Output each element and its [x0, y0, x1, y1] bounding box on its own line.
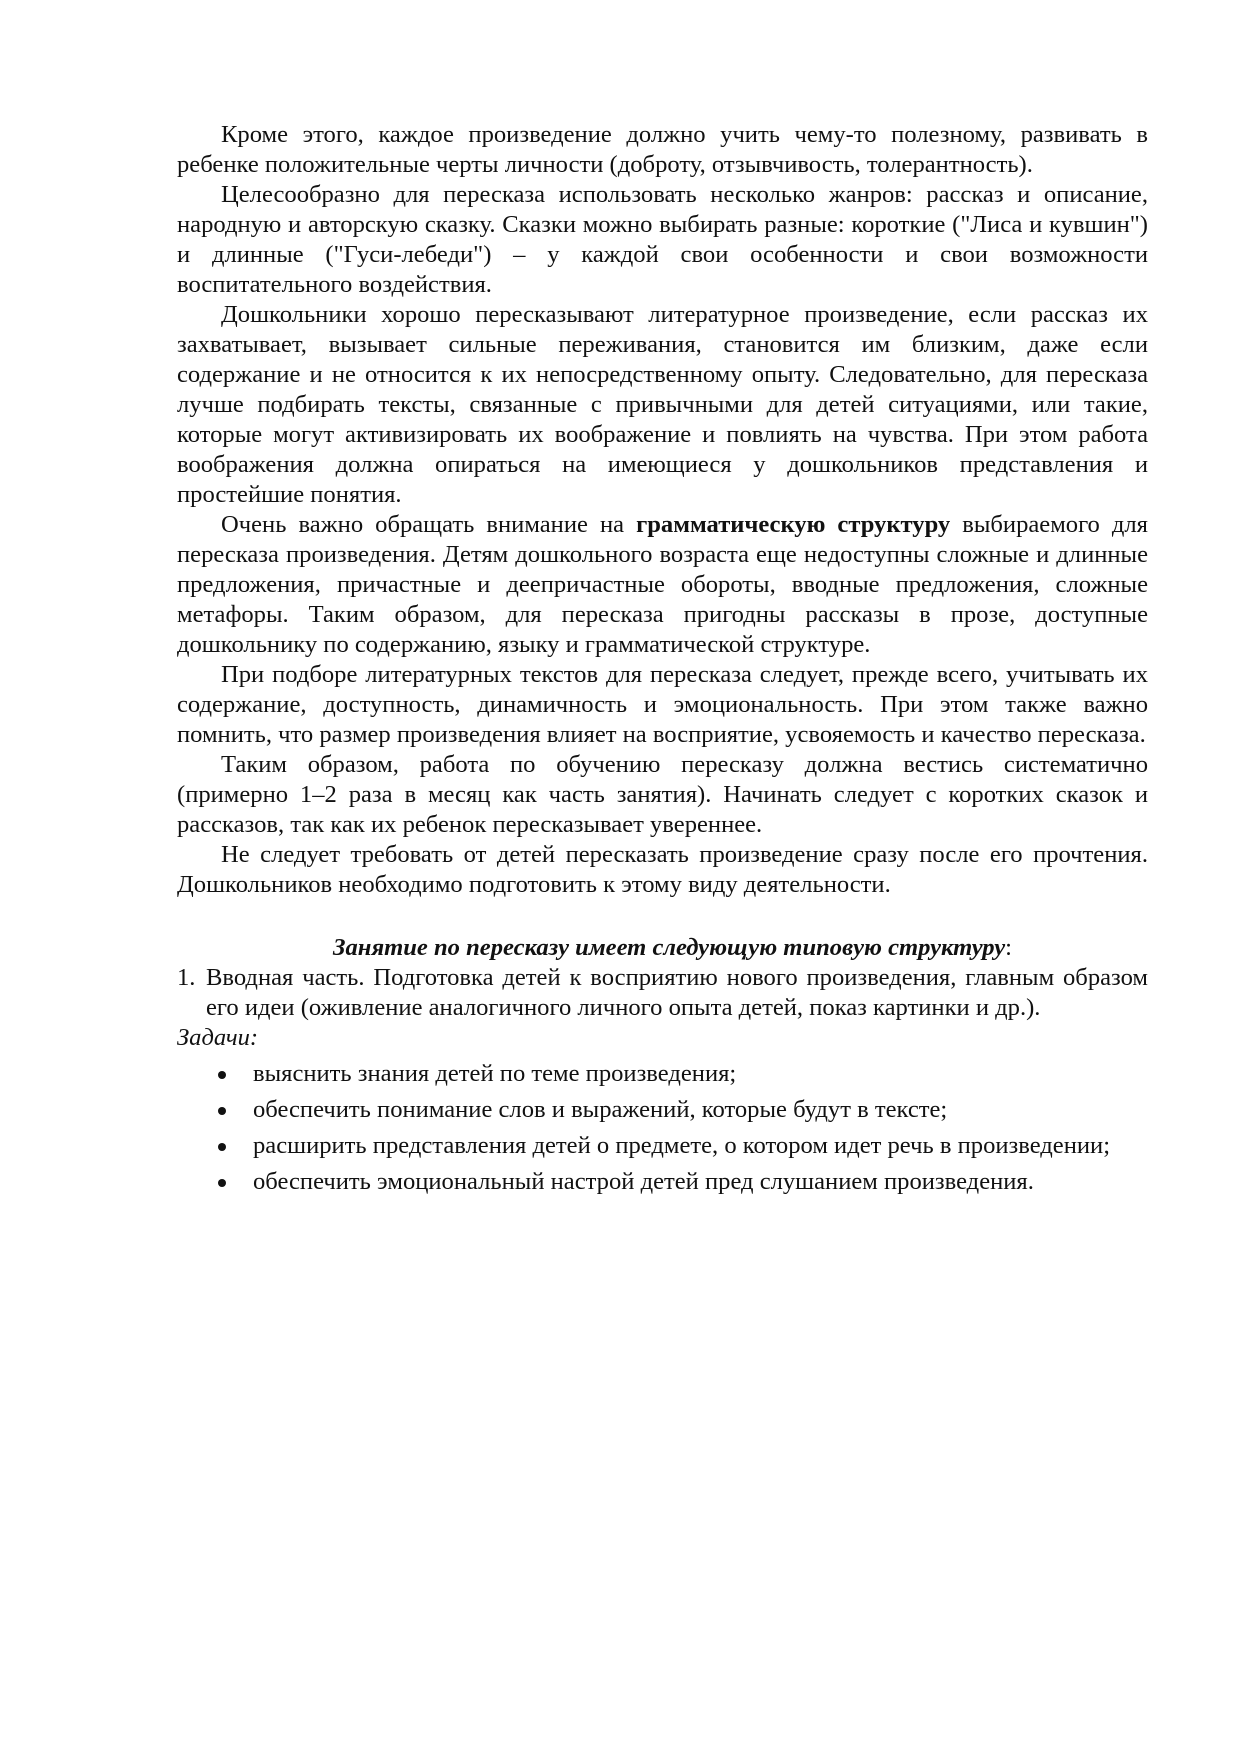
- paragraph-text-before: Очень важно обращать внимание на: [221, 511, 636, 538]
- bullet-icon: [218, 1107, 226, 1115]
- section-heading-text: Занятие по пересказу имеет следующую тип…: [333, 934, 1005, 961]
- tasks-list: выяснить знания детей по теме произведен…: [177, 1059, 1148, 1197]
- task-text: выяснить знания детей по теме произведен…: [253, 1060, 736, 1087]
- tasks-label: Задачи:: [177, 1023, 1148, 1053]
- task-item: выяснить знания детей по теме произведен…: [177, 1059, 1148, 1089]
- task-item: обеспечить понимание слов и выражений, к…: [177, 1095, 1148, 1125]
- bullet-icon: [218, 1143, 226, 1151]
- paragraph-grammar-structure: Очень важно обращать внимание на граммат…: [177, 510, 1148, 660]
- paragraph-genres: Целесообразно для пересказа использовать…: [177, 180, 1148, 300]
- task-text: обеспечить понимание слов и выражений, к…: [253, 1096, 947, 1123]
- bullet-icon: [218, 1071, 226, 1079]
- task-item: обеспечить эмоциональный настрой детей п…: [177, 1167, 1148, 1197]
- paragraph-preparation: Не следует требовать от детей пересказат…: [177, 840, 1148, 900]
- bullet-icon: [218, 1179, 226, 1187]
- bold-term: грамматическую структуру: [636, 511, 950, 538]
- task-text: обеспечить эмоциональный настрой детей п…: [253, 1168, 1034, 1195]
- section-heading-colon: :: [1005, 934, 1012, 961]
- task-item: расширить представления детей о предмете…: [177, 1131, 1148, 1161]
- paragraph-selection-criteria: При подборе литературных текстов для пер…: [177, 660, 1148, 750]
- section-heading: Занятие по пересказу имеет следующую тип…: [177, 933, 1148, 963]
- paragraph-systematic-work: Таким образом, работа по обучению переск…: [177, 750, 1148, 840]
- numbered-item: 1.Вводная часть. Подготовка детей к восп…: [177, 963, 1148, 1023]
- numbered-item-text: Вводная часть. Подготовка детей к воспри…: [206, 964, 1148, 1021]
- list-number: 1.: [177, 963, 195, 993]
- paragraph-moral-value: Кроме этого, каждое произведение должно …: [177, 120, 1148, 180]
- task-text: расширить представления детей о предмете…: [253, 1132, 1110, 1159]
- document-page: Кроме этого, каждое произведение должно …: [177, 120, 1148, 1203]
- paragraph-text-selection: Дошкольники хорошо пересказывают литерат…: [177, 300, 1148, 510]
